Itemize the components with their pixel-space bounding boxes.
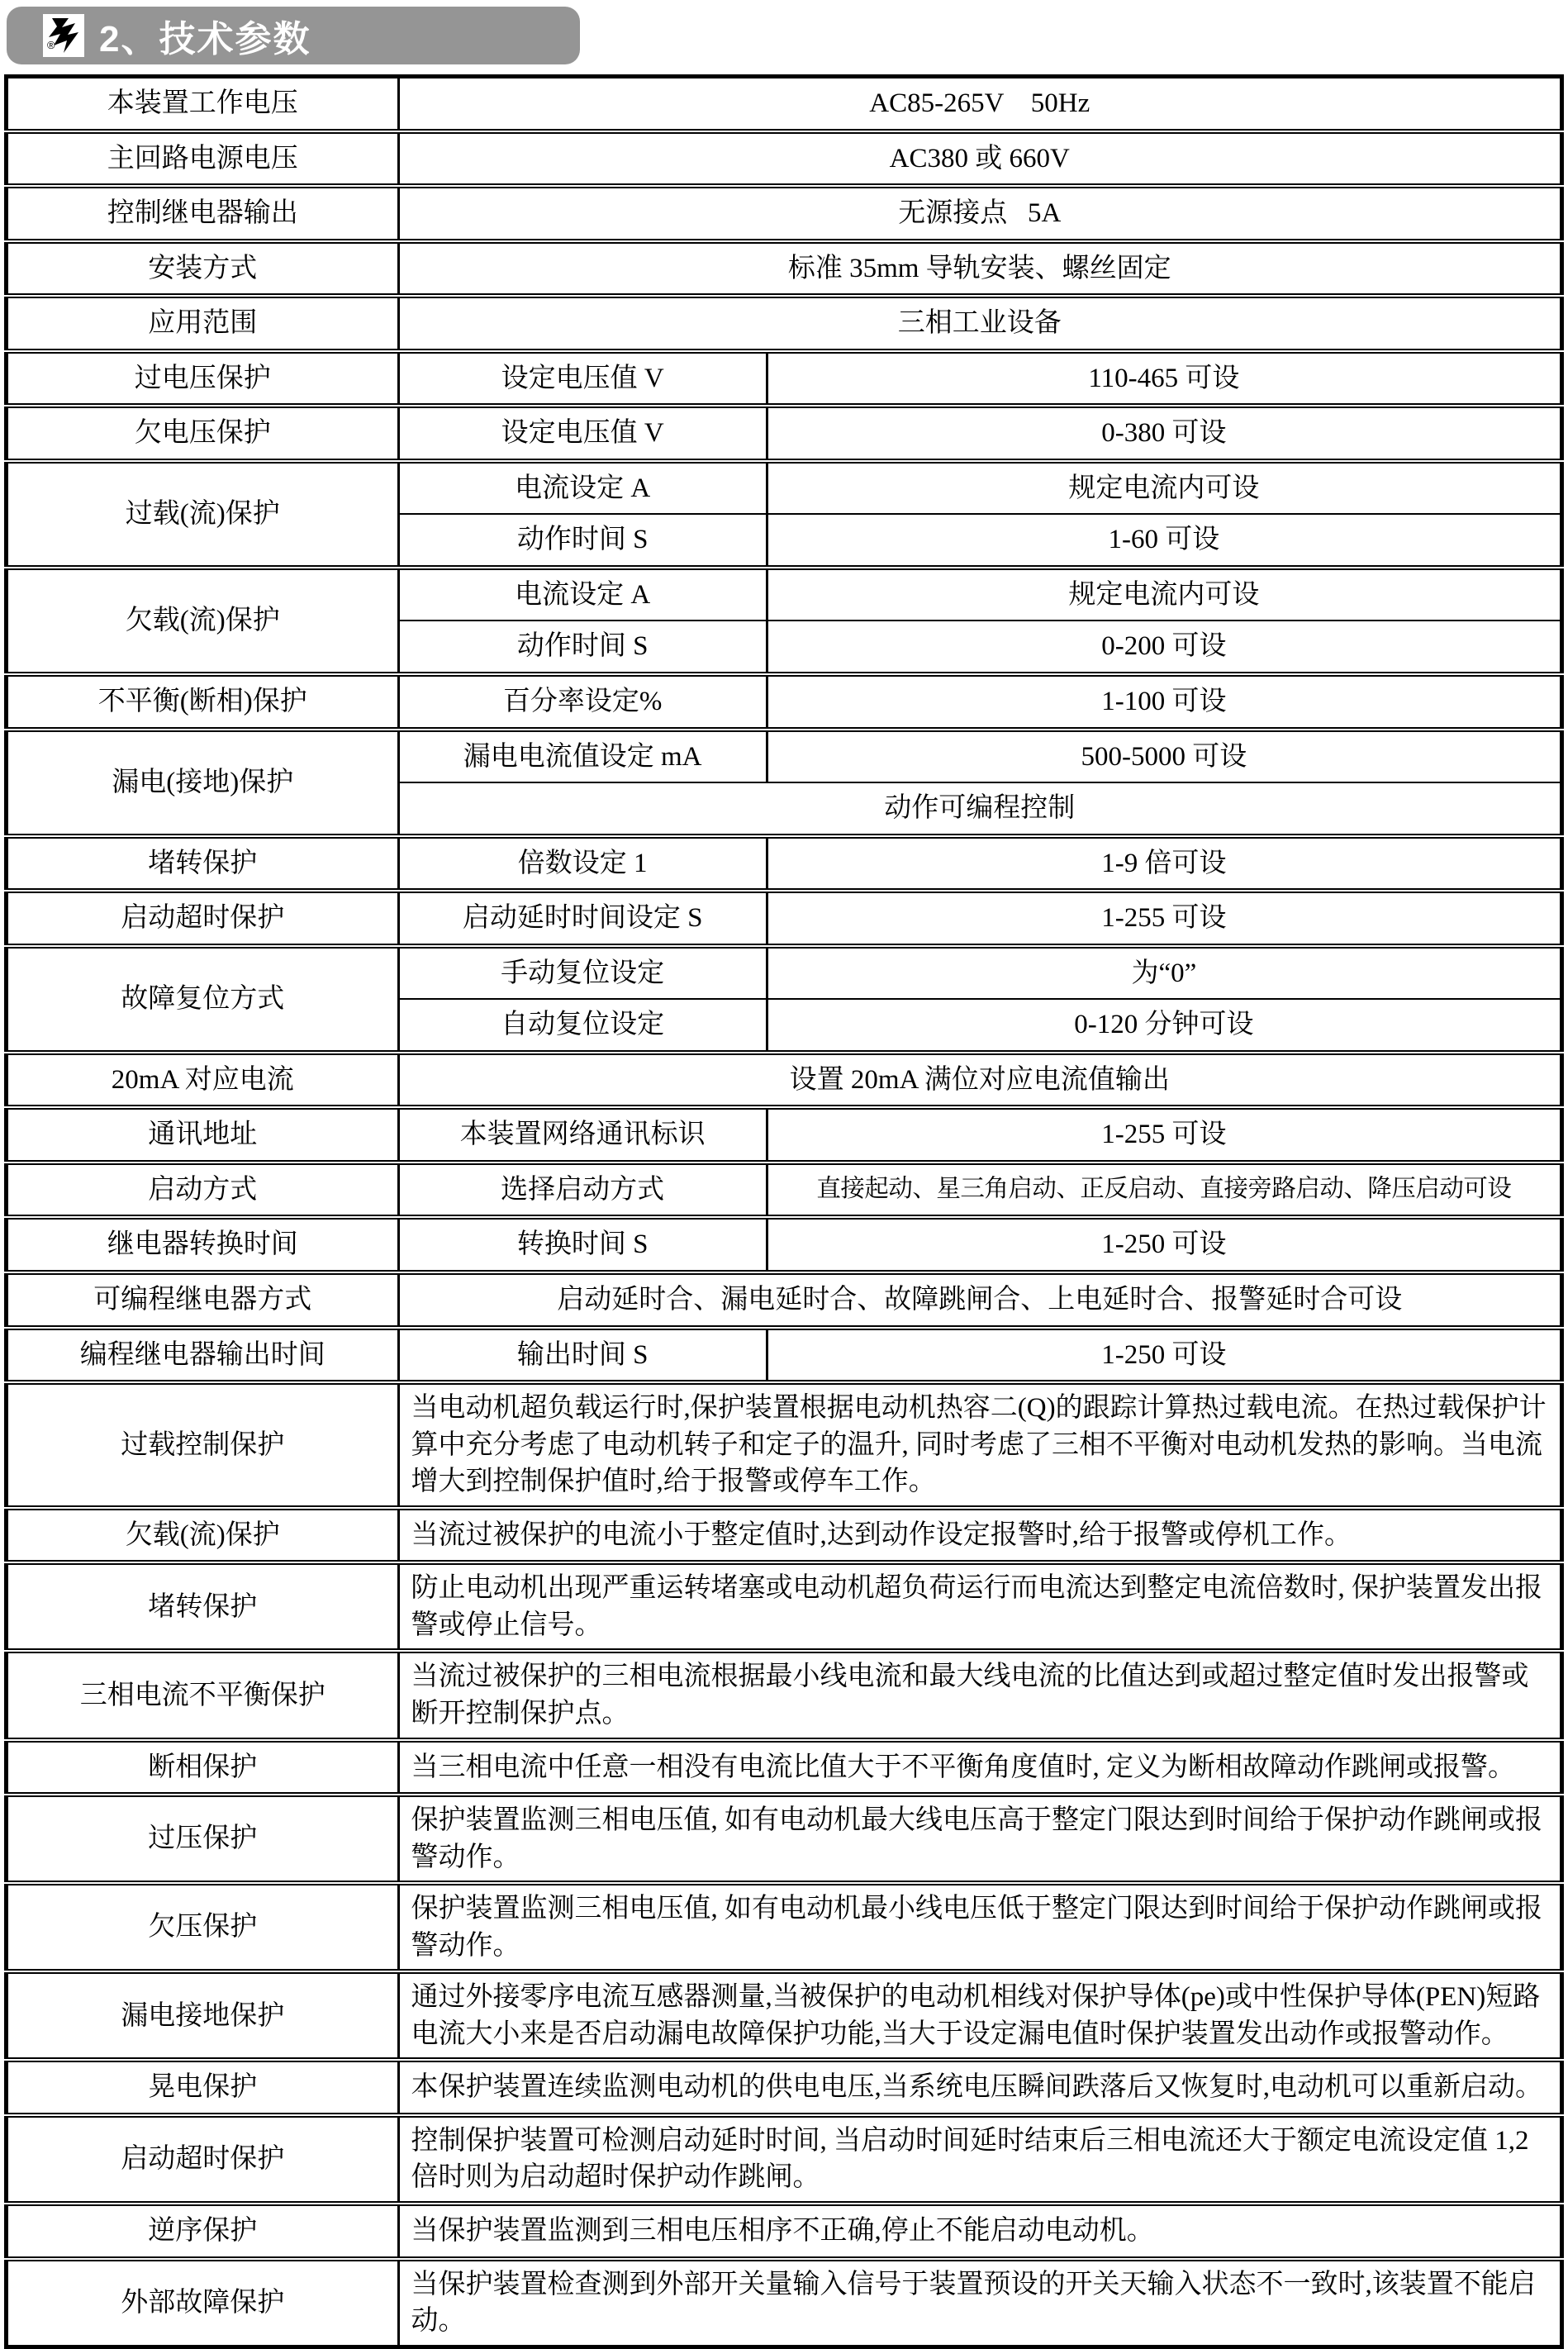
description-cell: 当保护装置检查测到外部开关量输入信号于装置预设的开关天输入状态不一致时,该装置不… — [398, 2259, 1561, 2347]
setting-label-cell: 本装置网络通讯标识 — [398, 1107, 767, 1163]
table-row: 继电器转换时间转换时间 S1-250 可设 — [7, 1217, 1562, 1272]
setting-label-cell: 百分率设定% — [398, 674, 767, 730]
table-row: 不平衡(断相)保护百分率设定%1-100 可设 — [7, 674, 1562, 730]
row-label-cell: 逆序保护 — [7, 2204, 399, 2259]
table-row: 启动超时保护启动延时时间设定 S1-255 可设 — [7, 891, 1562, 946]
page-title: 2、技术参数 — [99, 9, 311, 62]
setting-label-cell: 动作时间 S — [398, 621, 767, 674]
table-row: 欠压保护保护装置监测三相电压值, 如有电动机最小线电压低于整定门限达到时间给于保… — [7, 1883, 1562, 1971]
table-row: 断相保护当三相电流中任意一相没有电流比值大于不平衡角度值时, 定义为断相故障动作… — [7, 1740, 1562, 1795]
row-label-cell: 漏电接地保护 — [7, 1971, 399, 2060]
table-row: 故障复位方式手动复位设定为“0” — [7, 946, 1562, 1000]
value-cell: 动作可编程控制 — [398, 782, 1561, 836]
setting-label-cell: 启动延时时间设定 S — [398, 891, 767, 946]
row-label-cell: 欠载(流)保护 — [7, 1508, 399, 1563]
table-row: 过载控制保护当电动机超负载运行时,保护装置根据电动机热容二(Q)的跟踪计算热过载… — [7, 1382, 1562, 1508]
table-row: 20mA 对应电流设置 20mA 满位对应电流值输出 — [7, 1053, 1562, 1108]
value-cell: 500-5000 可设 — [767, 730, 1561, 783]
table-row: 通讯地址本装置网络通讯标识1-255 可设 — [7, 1107, 1562, 1163]
value-cell: 1-60 可设 — [767, 514, 1561, 568]
row-label-cell: 继电器转换时间 — [7, 1217, 399, 1272]
row-label-cell: 晃电保护 — [7, 2060, 399, 2115]
setting-label-cell: 电流设定 A — [398, 461, 767, 515]
table-row: 欠电压保护设定电压值 V0-380 可设 — [7, 406, 1562, 461]
value-cell: 1-100 可设 — [767, 674, 1561, 730]
row-label-cell: 漏电(接地)保护 — [7, 730, 399, 836]
row-label-cell: 通讯地址 — [7, 1107, 399, 1163]
row-label-cell: 可编程继电器方式 — [7, 1272, 399, 1328]
table-row: 过电压保护设定电压值 V110-465 可设 — [7, 351, 1562, 407]
row-label-cell: 过压保护 — [7, 1795, 399, 1883]
table-row: 主回路电源电压AC380 或 660V — [7, 131, 1562, 187]
table-row: 三相电流不平衡保护当流过被保护的三相电流根据最小线电流和最大线电流的比值达到或超… — [7, 1651, 1562, 1739]
table-row: 堵转保护倍数设定 11-9 倍可设 — [7, 836, 1562, 892]
row-label-cell: 堵转保护 — [7, 836, 399, 892]
row-label-cell: 启动超时保护 — [7, 2115, 399, 2204]
setting-label-cell: 动作时间 S — [398, 514, 767, 568]
value-cell: 标准 35mm 导轨安装、螺丝固定 — [398, 241, 1561, 297]
row-label-cell: 堵转保护 — [7, 1562, 399, 1651]
description-cell: 通过外接零序电流互感器测量,当被保护的电动机相线对保护导体(pe)或中性保护导体… — [398, 1971, 1561, 2060]
value-cell: 1-9 倍可设 — [767, 836, 1561, 892]
value-cell: 规定电流内可设 — [767, 461, 1561, 515]
setting-label-cell: 转换时间 S — [398, 1217, 767, 1272]
value-cell: 0-380 可设 — [767, 406, 1561, 461]
row-label-cell: 断相保护 — [7, 1740, 399, 1795]
setting-label-cell: 漏电电流值设定 mA — [398, 730, 767, 783]
row-label-cell: 控制继电器输出 — [7, 186, 399, 241]
row-label-cell: 启动方式 — [7, 1163, 399, 1218]
value-cell: 三相工业设备 — [398, 296, 1561, 351]
row-label-cell: 安装方式 — [7, 241, 399, 297]
description-cell: 防止电动机出现严重运转堵塞或电动机超负荷运行而电流达到整定电流倍数时, 保护装置… — [398, 1562, 1561, 1651]
description-cell: 控制保护装置可检测启动延时时间, 当启动时间延时结束后三相电流还大于额定电流设定… — [398, 2115, 1561, 2204]
table-row: 欠载(流)保护电流设定 A规定电流内可设 — [7, 568, 1562, 621]
row-label-cell: 编程继电器输出时间 — [7, 1328, 399, 1383]
row-label-cell: 外部故障保护 — [7, 2259, 399, 2347]
table-row: 安装方式标准 35mm 导轨安装、螺丝固定 — [7, 241, 1562, 297]
row-label-cell: 过载控制保护 — [7, 1382, 399, 1508]
row-label-cell: 故障复位方式 — [7, 946, 399, 1053]
value-cell: 无源接点 5A — [398, 186, 1561, 241]
row-label-cell: 20mA 对应电流 — [7, 1053, 399, 1108]
table-row: 过载(流)保护电流设定 A规定电流内可设 — [7, 461, 1562, 515]
row-label-cell: 过电压保护 — [7, 351, 399, 407]
table-row: 晃电保护本保护装置连续监测电动机的供电电压,当系统电压瞬间跌落后又恢复时,电动机… — [7, 2060, 1562, 2115]
value-cell: AC380 或 660V — [398, 131, 1561, 187]
table-row: 启动超时保护控制保护装置可检测启动延时时间, 当启动时间延时结束后三相电流还大于… — [7, 2115, 1562, 2204]
description-cell: 当三相电流中任意一相没有电流比值大于不平衡角度值时, 定义为断相故障动作跳闸或报… — [398, 1740, 1561, 1795]
table-row: 外部故障保护当保护装置检查测到外部开关量输入信号于装置预设的开关天输入状态不一致… — [7, 2259, 1562, 2347]
table-row: 堵转保护防止电动机出现严重运转堵塞或电动机超负荷运行而电流达到整定电流倍数时, … — [7, 1562, 1562, 1651]
row-label-cell: 过载(流)保护 — [7, 461, 399, 568]
row-label-cell: 本装置工作电压 — [7, 77, 399, 131]
value-cell: 1-255 可设 — [767, 1107, 1561, 1163]
table-row: 过压保护保护装置监测三相电压值, 如有电动机最大线电压高于整定门限达到时间给于保… — [7, 1795, 1562, 1883]
description-cell: 当保护装置监测到三相电压相序不正确,停止不能启动电动机。 — [398, 2204, 1561, 2259]
section-header-bar: ® 2、技术参数 — [7, 7, 580, 64]
description-cell: 当流过被保护的三相电流根据最小线电流和最大线电流的比值达到或超过整定值时发出报警… — [398, 1651, 1561, 1739]
value-cell: 设置 20mA 满位对应电流值输出 — [398, 1053, 1561, 1108]
setting-label-cell: 自动复位设定 — [398, 999, 767, 1053]
table-row: 欠载(流)保护当流过被保护的电流小于整定值时,达到动作设定报警时,给于报警或停机… — [7, 1508, 1562, 1563]
brand-logo-icon: ® — [43, 14, 84, 57]
row-label-cell: 欠电压保护 — [7, 406, 399, 461]
table-row: 启动方式选择启动方式直接起动、星三角启动、正反启动、直接旁路启动、降压启动可设 — [7, 1163, 1562, 1218]
value-cell: 为“0” — [767, 946, 1561, 1000]
table-row: 应用范围三相工业设备 — [7, 296, 1562, 351]
row-label-cell: 启动超时保护 — [7, 891, 399, 946]
table-row: 逆序保护当保护装置监测到三相电压相序不正确,停止不能启动电动机。 — [7, 2204, 1562, 2259]
value-cell: 0-200 可设 — [767, 621, 1561, 674]
description-cell: 保护装置监测三相电压值, 如有电动机最大线电压高于整定门限达到时间给于保护动作跳… — [398, 1795, 1561, 1883]
row-label-cell: 不平衡(断相)保护 — [7, 674, 399, 730]
table-row: 编程继电器输出时间输出时间 S1-250 可设 — [7, 1328, 1562, 1383]
setting-label-cell: 手动复位设定 — [398, 946, 767, 1000]
setting-label-cell: 倍数设定 1 — [398, 836, 767, 892]
setting-label-cell: 选择启动方式 — [398, 1163, 767, 1218]
table-row: 漏电接地保护通过外接零序电流互感器测量,当被保护的电动机相线对保护导体(pe)或… — [7, 1971, 1562, 2060]
setting-label-cell: 电流设定 A — [398, 568, 767, 621]
value-cell: 0-120 分钟可设 — [767, 999, 1561, 1053]
value-cell: 启动延时合、漏电延时合、故障跳闸合、上电延时合、报警延时合可设 — [398, 1272, 1561, 1328]
description-cell: 保护装置监测三相电压值, 如有电动机最小线电压低于整定门限达到时间给于保护动作跳… — [398, 1883, 1561, 1971]
setting-label-cell: 设定电压值 V — [398, 351, 767, 407]
table-row: 控制继电器输出无源接点 5A — [7, 186, 1562, 241]
setting-label-cell: 设定电压值 V — [398, 406, 767, 461]
description-cell: 本保护装置连续监测电动机的供电电压,当系统电压瞬间跌落后又恢复时,电动机可以重新… — [398, 2060, 1561, 2115]
row-label-cell: 欠载(流)保护 — [7, 568, 399, 674]
value-cell: 直接起动、星三角启动、正反启动、直接旁路启动、降压启动可设 — [767, 1163, 1561, 1218]
table-row: 漏电(接地)保护漏电电流值设定 mA500-5000 可设 — [7, 730, 1562, 783]
value-cell: 1-255 可设 — [767, 891, 1561, 946]
description-cell: 当流过被保护的电流小于整定值时,达到动作设定报警时,给于报警或停机工作。 — [398, 1508, 1561, 1563]
technical-parameters-table: 本装置工作电压AC85-265V 50Hz主回路电源电压AC380 或 660V… — [4, 74, 1564, 2349]
row-label-cell: 欠压保护 — [7, 1883, 399, 1971]
registered-trademark-mark: ® — [47, 40, 55, 50]
table-row: 本装置工作电压AC85-265V 50Hz — [7, 77, 1562, 131]
value-cell: 规定电流内可设 — [767, 568, 1561, 621]
value-cell: 1-250 可设 — [767, 1217, 1561, 1272]
value-cell: 1-250 可设 — [767, 1328, 1561, 1383]
value-cell: 110-465 可设 — [767, 351, 1561, 407]
description-cell: 当电动机超负载运行时,保护装置根据电动机热容二(Q)的跟踪计算热过载电流。在热过… — [398, 1382, 1561, 1508]
scanned-manual-page: { "header": { "title": "2、技术参数", "logo_r… — [0, 7, 1568, 2349]
setting-label-cell: 输出时间 S — [398, 1328, 767, 1383]
row-label-cell: 主回路电源电压 — [7, 131, 399, 187]
row-label-cell: 应用范围 — [7, 296, 399, 351]
row-label-cell: 三相电流不平衡保护 — [7, 1651, 399, 1739]
value-cell: AC85-265V 50Hz — [398, 77, 1561, 131]
table-row: 可编程继电器方式启动延时合、漏电延时合、故障跳闸合、上电延时合、报警延时合可设 — [7, 1272, 1562, 1328]
